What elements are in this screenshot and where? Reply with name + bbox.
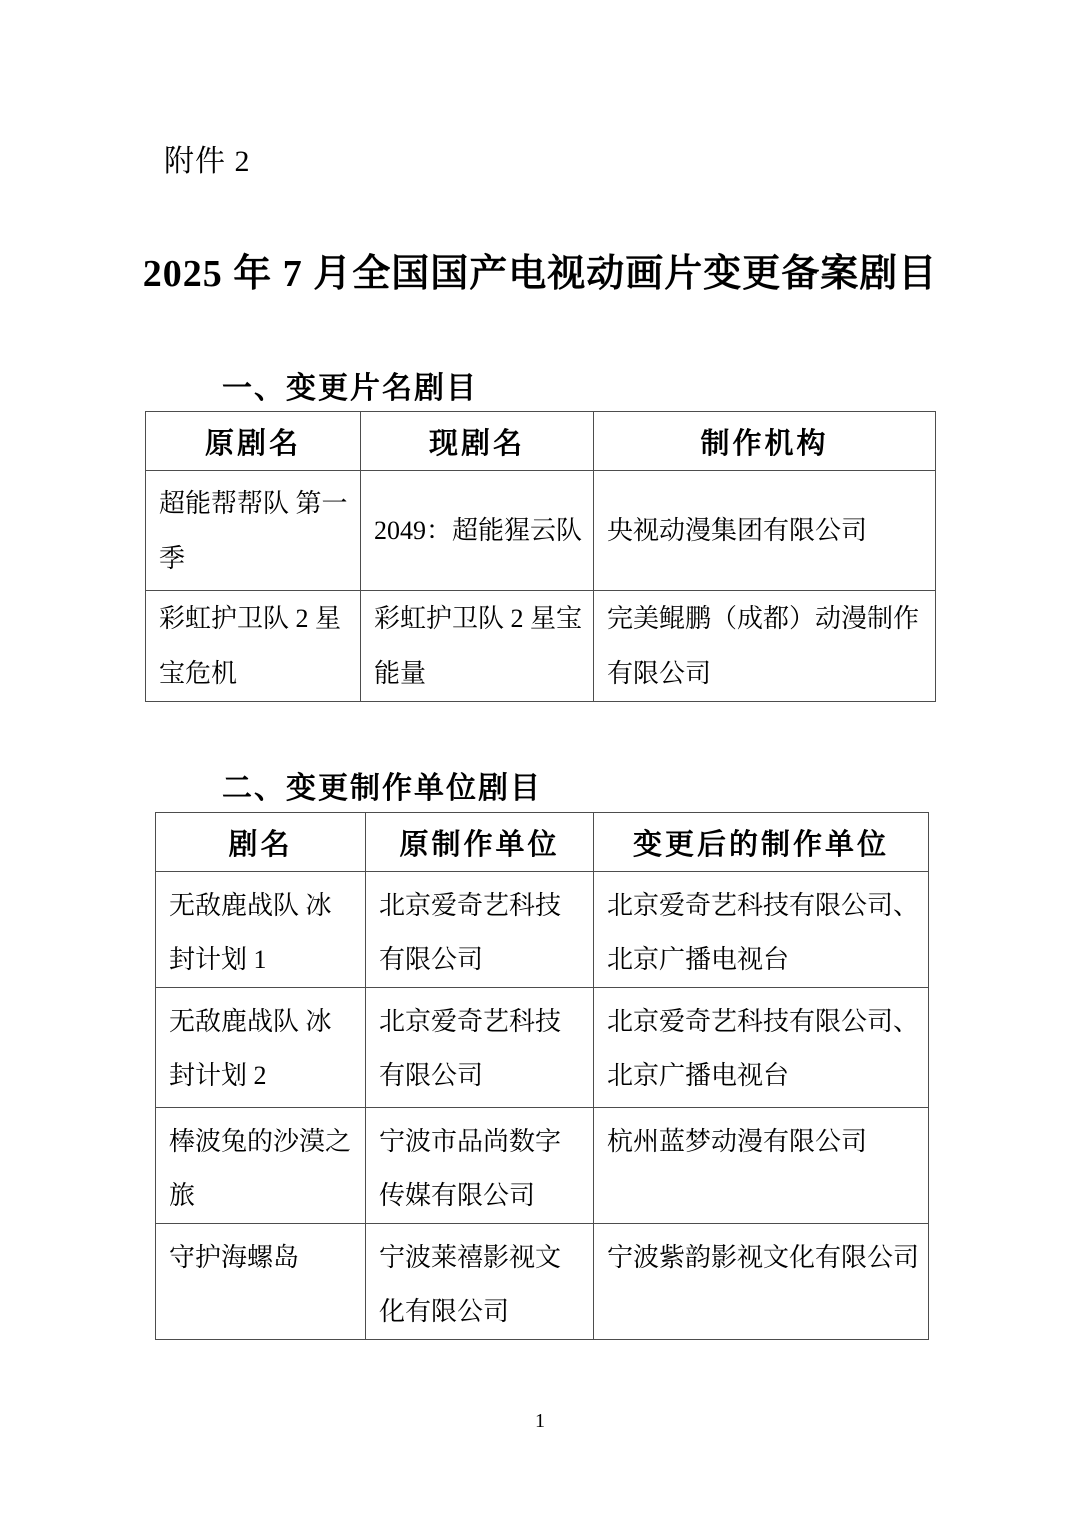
table-header-cell: 制作机构	[594, 412, 936, 471]
table-cell-new-title: 彩虹护卫队 2 星宝能量	[361, 591, 594, 702]
table-cell-producer: 完美鲲鹏（成都）动漫制作有限公司	[594, 591, 936, 702]
table-header-cell: 剧名	[156, 813, 366, 872]
page-number: 1	[0, 1410, 1080, 1433]
table-row: 无敌鹿战队 冰封计划 1 北京爱奇艺科技有限公司 北京爱奇艺科技有限公司、北京广…	[156, 872, 929, 988]
table-row: 棒波兔的沙漠之旅 宁波市品尚数字传媒有限公司 杭州蓝梦动漫有限公司	[156, 1108, 929, 1224]
table-cell-new-producer: 北京爱奇艺科技有限公司、北京广播电视台	[594, 872, 929, 988]
section2-heading: 二、变更制作单位剧目	[222, 763, 542, 807]
table-cell-original-producer: 宁波市品尚数字传媒有限公司	[366, 1108, 594, 1224]
table-cell-new-title: 2049：超能猩云队	[361, 471, 594, 591]
table-cell-original-producer: 宁波莱禧影视文化有限公司	[366, 1224, 594, 1340]
producer-change-table: 剧名 原制作单位 变更后的制作单位 无敌鹿战队 冰封计划 1 北京爱奇艺科技有限…	[155, 812, 929, 1340]
document-page: 附件 2 2025 年 7 月全国国产电视动画片变更备案剧目 一、变更片名剧目 …	[0, 0, 1080, 1527]
table-row: 无敌鹿战队 冰封计划 2 北京爱奇艺科技有限公司 北京爱奇艺科技有限公司、北京广…	[156, 988, 929, 1108]
table-cell-original-title: 彩虹护卫队 2 星宝危机	[146, 591, 361, 702]
table-cell-new-producer: 北京爱奇艺科技有限公司、北京广播电视台	[594, 988, 929, 1108]
attachment-label: 附件 2	[164, 136, 251, 180]
table-header-cell: 变更后的制作单位	[594, 813, 929, 872]
table-cell-show-title: 棒波兔的沙漠之旅	[156, 1108, 366, 1224]
table-cell-original-producer: 北京爱奇艺科技有限公司	[366, 988, 594, 1108]
table-cell-original-title: 超能帮帮队 第一季	[146, 471, 361, 591]
table-cell-show-title: 守护海螺岛	[156, 1224, 366, 1340]
table-row: 彩虹护卫队 2 星宝危机 彩虹护卫队 2 星宝能量 完美鲲鹏（成都）动漫制作有限…	[146, 591, 936, 702]
table-cell-new-producer: 宁波紫韵影视文化有限公司	[594, 1224, 929, 1340]
table-cell-original-producer: 北京爱奇艺科技有限公司	[366, 872, 594, 988]
table-cell-show-title: 无敌鹿战队 冰封计划 2	[156, 988, 366, 1108]
table-row: 超能帮帮队 第一季 2049：超能猩云队 央视动漫集团有限公司	[146, 471, 936, 591]
table-header-cell: 原制作单位	[366, 813, 594, 872]
section1-heading: 一、变更片名剧目	[222, 363, 478, 407]
table-row: 守护海螺岛 宁波莱禧影视文化有限公司 宁波紫韵影视文化有限公司	[156, 1224, 929, 1340]
table-header-row: 剧名 原制作单位 变更后的制作单位	[156, 813, 929, 872]
table-cell-show-title: 无敌鹿战队 冰封计划 1	[156, 872, 366, 988]
table-header-row: 原剧名 现剧名 制作机构	[146, 412, 936, 471]
table-cell-producer: 央视动漫集团有限公司	[594, 471, 936, 591]
table-header-cell: 原剧名	[146, 412, 361, 471]
table-cell-new-producer: 杭州蓝梦动漫有限公司	[594, 1108, 929, 1224]
table-header-cell: 现剧名	[361, 412, 594, 471]
title-change-table: 原剧名 现剧名 制作机构 超能帮帮队 第一季 2049：超能猩云队 央视动漫集团…	[145, 411, 936, 702]
document-title: 2025 年 7 月全国国产电视动画片变更备案剧目	[0, 242, 1080, 297]
